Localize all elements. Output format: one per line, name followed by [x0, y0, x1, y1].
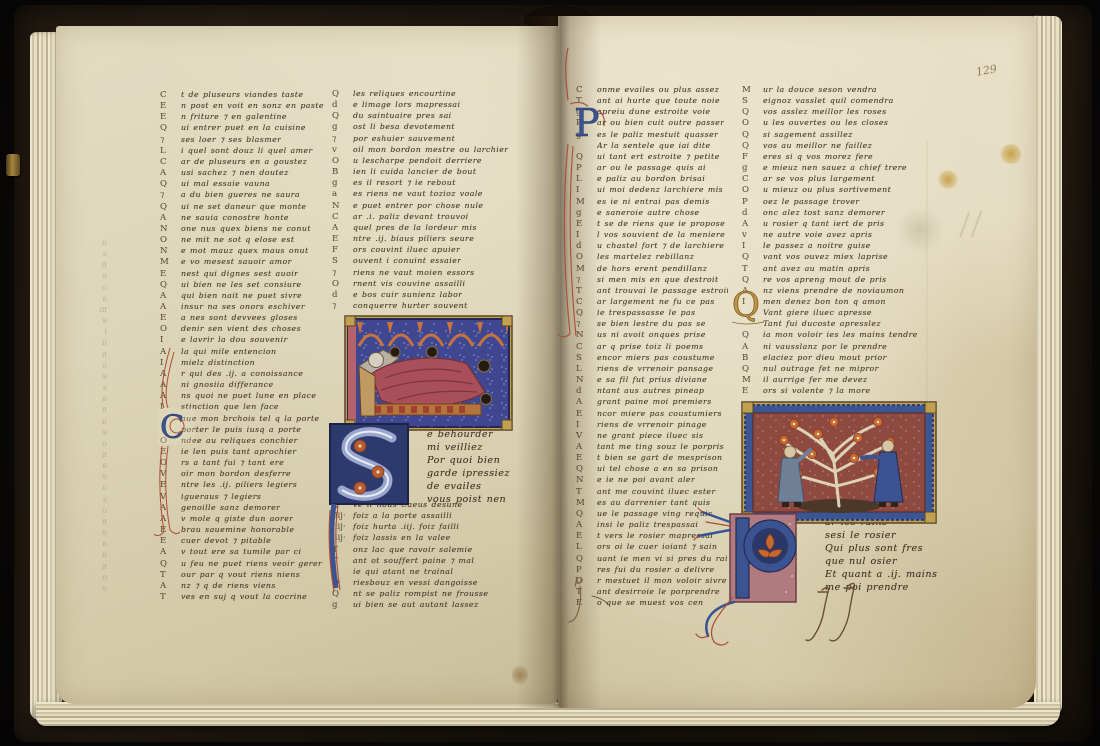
- verse-line: Tant me couvint iluec ester: [576, 487, 728, 498]
- verse-line: ges il resort ⁊ ie rebout: [332, 178, 546, 189]
- verse-line: Li quel sont douz li quel amer: [160, 146, 338, 157]
- gutter-pen-trial: p: [566, 568, 610, 630]
- verse-line: garde ipressiez: [406, 469, 546, 482]
- page-crease: [926, 140, 928, 440]
- verse-line: Ie lavrir la dou souvenir: [160, 335, 338, 346]
- show-through-letter: s: [86, 249, 102, 260]
- verse-line: Ea nes sont devvees gloses: [160, 313, 338, 324]
- verse-line: Car se vos plus largement: [742, 174, 968, 185]
- verse-line: de bos cuir sunienz labor: [332, 290, 546, 301]
- verse-line: Feres si q vos morez fere: [742, 152, 968, 163]
- verse-line: gost li besa devotement: [332, 122, 546, 133]
- verse-line: sesi le rosier: [804, 531, 954, 544]
- left-column-2-top: Qles reliques encourtinede limage lors m…: [332, 89, 546, 312]
- verse-line: Aquel pres de la lordeur mis: [332, 223, 546, 234]
- show-through-letter: u: [86, 238, 102, 249]
- show-through-letter: e: [86, 271, 102, 282]
- show-through-letter: e: [86, 584, 102, 595]
- verse-line: Ornent vis couvine assailli: [332, 279, 546, 290]
- show-through-letters: usneoameiunoesanueonaeusoneaunoe: [86, 238, 102, 595]
- verse-line: Tant avez au matin apris: [742, 264, 968, 275]
- verse-line: Ainsur na ses onors eschiver: [160, 302, 338, 313]
- verse-line: e behourder: [406, 430, 546, 443]
- verse-line: Qui bien ne les set consiure: [160, 280, 338, 291]
- verse-line: Ane sauia conostre honte: [160, 213, 338, 224]
- verse-line: Ou mieuz ou plus sortivement: [742, 185, 968, 196]
- verse-line: Anz viens prendre de noviaumon: [742, 286, 968, 297]
- miniature-rose-tree-figures: [742, 402, 936, 523]
- verse-line: gui bien se aut autant lassez: [332, 600, 546, 611]
- show-through-letter: a: [86, 539, 102, 550]
- verse-line: Agrant paine moi premiers: [576, 397, 728, 408]
- show-through-letter: o: [86, 506, 102, 517]
- verse-line: mi veilliez: [406, 443, 546, 456]
- verse-line: En friture ⁊ en galentine: [160, 112, 338, 123]
- offset-smudge: [898, 204, 942, 256]
- verse-line: Por quoi bien: [406, 456, 546, 469]
- left-column-2-beside-initial: e behourdermi veilliezPor quoi biengarde…: [406, 430, 546, 508]
- verse-line: Iriens de vrrenoir pinage: [576, 420, 728, 431]
- show-through-letter: s: [86, 495, 102, 506]
- decorated-initial-c: C: [152, 346, 198, 542]
- verse-line: ⁊por eshuier sauvement: [332, 134, 546, 145]
- show-through-letter: a: [86, 394, 102, 405]
- show-through-letter: e: [86, 472, 102, 483]
- verse-line: Av tout ere sa tumile par ci: [160, 547, 338, 558]
- show-through-letter: o: [86, 283, 102, 294]
- verse-line: Vne grant piece iluec sis: [576, 431, 728, 442]
- show-through-letter: s: [86, 383, 102, 394]
- verse-line: Qnul outrage fet ne mipror: [742, 364, 968, 375]
- verse-line: Fors couvint iluec apuier: [332, 245, 546, 256]
- show-through-letter: n: [86, 450, 102, 461]
- verse-line: Souvent i conuint essaier: [332, 256, 546, 267]
- foxing-spot: [1000, 144, 1022, 164]
- verse-line: Tour par q vout riens niens: [160, 570, 338, 581]
- verse-line: Belaciez por dieu mout prior: [742, 353, 968, 364]
- show-through-letter: n: [86, 405, 102, 416]
- verse-line: Qui entrer puet en la cuisine: [160, 123, 338, 134]
- show-through-letter: e: [86, 372, 102, 383]
- show-through-letter: o: [86, 573, 102, 584]
- verse-line: Car de pluseurs en a goustez: [160, 157, 338, 168]
- page-edges-right: [1034, 16, 1062, 716]
- line-filler-flourishes: [808, 580, 872, 650]
- verse-line: Lriens de vrrenoir pansage: [576, 364, 728, 375]
- svg-text:p: p: [574, 573, 583, 588]
- show-through-letter: m: [86, 305, 102, 316]
- verse-line: Car .i. paliz devant trouvoi: [332, 212, 546, 223]
- verse-line: de evailes: [406, 482, 546, 495]
- verse-line: Qui ne set daneur que monte: [160, 202, 338, 213]
- verse-line: Seignoz vasslet quil comendra: [742, 96, 968, 107]
- show-through-letter: o: [86, 439, 102, 450]
- show-through-letter: n: [86, 260, 102, 271]
- verse-line: Qvos asslez meillor les roses: [742, 107, 968, 118]
- verse-line: voil mon bordon mestre ou larchier: [332, 145, 546, 156]
- verse-line: Entre .ij. biaus piliers seure: [332, 234, 546, 245]
- verse-line: Ne mot mauz quex maus onut: [160, 246, 338, 257]
- stain-spot: [512, 664, 528, 686]
- verse-line: Ne ie ne poi avant aler: [576, 475, 728, 486]
- svg-text:C: C: [160, 408, 184, 446]
- miniature-sleeper-in-bed: [345, 316, 512, 430]
- verse-line: Anz ⁊ q de riens viens: [160, 581, 338, 592]
- verse-line: Qsi sagement assillez: [742, 130, 968, 141]
- verse-line: Aqui bien nait ne puet sivre: [160, 291, 338, 302]
- show-through-letter: n: [86, 350, 102, 361]
- verse-line: Odenir sen vient des choses: [160, 324, 338, 335]
- verse-line: Sencor miers pas coustume: [576, 353, 728, 364]
- verse-line: ⁊ses loer ⁊ ses blasmer: [160, 135, 338, 146]
- verse-line: Qre vos apreng mout de pris: [742, 275, 968, 286]
- verse-line: Ou les ouvertes ou les closes: [742, 118, 968, 129]
- foxing-spot: [938, 170, 958, 189]
- show-through-letter: n: [86, 517, 102, 528]
- show-through-letter: a: [86, 294, 102, 305]
- show-through-letter: u: [86, 483, 102, 494]
- verse-line: Ani vausslanz por le prendre: [742, 342, 968, 353]
- verse-line: Tant fui ducoste apresslez: [742, 319, 968, 330]
- verse-line: Mil aurrige fer me devez: [742, 375, 968, 386]
- verse-line: Ausi sachez ⁊ nen doutez: [160, 168, 338, 179]
- verse-line: Vant giere iluec apresse: [742, 308, 968, 319]
- verse-line: En post en voit en sonz en paste: [160, 101, 338, 112]
- verse-line: Eors si volente ⁊ la more: [742, 386, 968, 397]
- verse-line: Qvos au meillor ne faillez: [742, 141, 968, 152]
- verse-line: de limage lors mapressai: [332, 100, 546, 111]
- verse-line: Mur la douce seson vendra: [742, 85, 968, 96]
- verse-line: Poez le passage trover: [742, 197, 968, 208]
- show-through-letter: u: [86, 338, 102, 349]
- verse-line: None nus quex biens ne conut: [160, 224, 338, 235]
- verse-line: Ne sa fil fut prius diviane: [576, 375, 728, 386]
- show-through-letter: u: [86, 417, 102, 428]
- verse-line: que nul osier: [804, 557, 954, 570]
- show-through-letter: a: [86, 461, 102, 472]
- clasp-fitting: [6, 154, 20, 176]
- verse-line: Qdu saintuaire pres sai: [332, 111, 546, 122]
- verse-line: Qui tel chose a en sa prison: [576, 464, 728, 475]
- verse-line: Imen denez bon ton q amon: [742, 297, 968, 308]
- decorated-initial-s: [326, 420, 412, 596]
- show-through-letter: o: [86, 361, 102, 372]
- verse-line: Atant me ting souz le porpris: [576, 442, 728, 453]
- show-through-letter: i: [86, 327, 102, 338]
- verse-line: ge mieuz nen sauez a chief trere: [742, 163, 968, 174]
- verse-line: Ou lescharpe pendoit derriere: [332, 156, 546, 167]
- verse-line: Ne puet entrer por chose nule: [332, 201, 546, 212]
- verse-line: Qvant vos ouvez miex laprise: [742, 252, 968, 263]
- verse-line: aes riens ne vaut tozioz voale: [332, 189, 546, 200]
- svg-text:Q: Q: [732, 285, 760, 325]
- verse-line: dntant aus autres pineap: [576, 386, 728, 397]
- show-through-letter: u: [86, 550, 102, 561]
- show-through-letter: e: [86, 528, 102, 539]
- show-through-letter: n: [86, 562, 102, 573]
- verse-line: One mit ne sot q elose est: [160, 235, 338, 246]
- verse-line: Me vo mesest sauoir amor: [160, 257, 338, 268]
- verse-line: Tves en suj q vout la cocrine: [160, 592, 338, 603]
- show-through-letter: e: [86, 428, 102, 439]
- verse-line: Qui mal essaie vauna: [160, 179, 338, 190]
- show-through-letter: e: [86, 316, 102, 327]
- decorated-initial-p-small: P: [558, 44, 618, 344]
- verse-line: Et bien se gart de mesprison: [576, 453, 728, 464]
- verse-line: Bien li cuida lancier de bout: [332, 167, 546, 178]
- verse-line: Enest qui dignes sest auoir: [160, 269, 338, 280]
- verse-line: Qia mon voloir ies les mains tendre: [742, 330, 968, 341]
- verse-line: ⁊a du bien gueres ne saura: [160, 190, 338, 201]
- svg-text:P: P: [574, 101, 600, 145]
- verse-line: Qles reliques encourtine: [332, 89, 546, 100]
- manuscript-photo: Ct de pluseurs viandes tasteEn post en v…: [0, 0, 1100, 746]
- verse-line: Ct de pluseurs viandes taste: [160, 90, 338, 101]
- decorated-initial-q-gold: Q: [728, 282, 772, 328]
- verse-line: Encor miere pas coustumiers: [576, 409, 728, 420]
- verse-line: Qui plus sont fres: [804, 544, 954, 557]
- verse-line: ⁊riens ne vaut moien essors: [332, 268, 546, 279]
- verse-line: Qu feu ne puet riens veoir gerer: [160, 559, 338, 570]
- decorated-initial-p-large: [694, 506, 810, 646]
- verse-line: ⁊conquerre hurter souvent: [332, 301, 546, 312]
